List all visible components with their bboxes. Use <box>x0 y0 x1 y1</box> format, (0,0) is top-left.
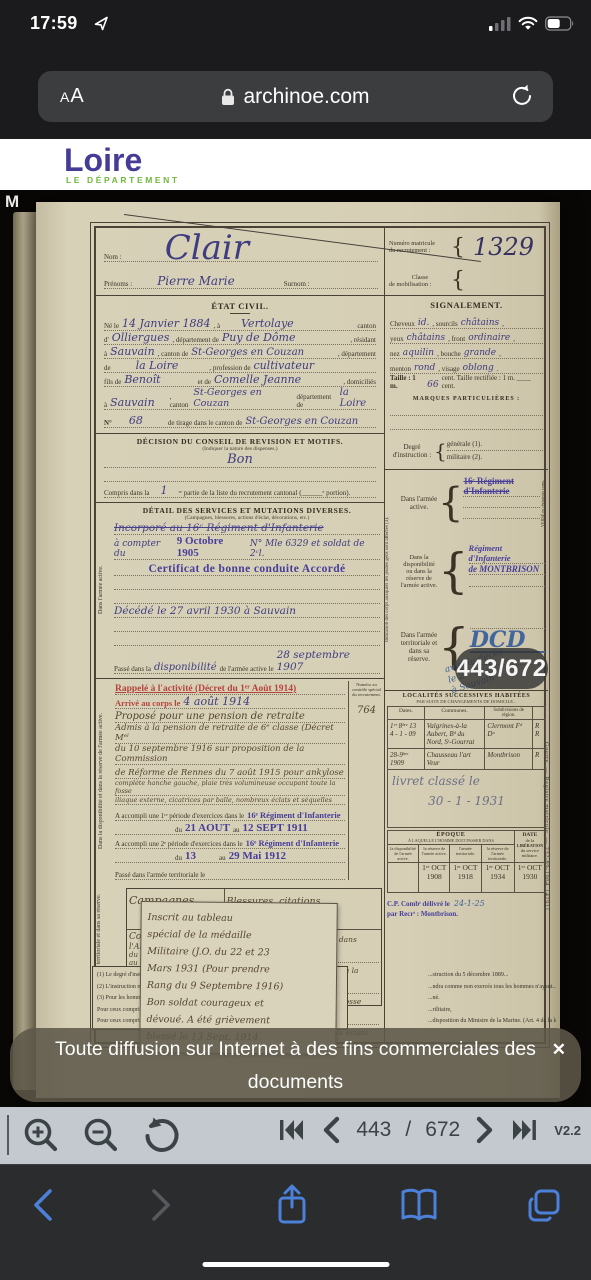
copyright-notice-toast: Toute diffusion sur Internet à des fins … <box>10 1028 581 1102</box>
tabs-icon[interactable] <box>524 1185 564 1225</box>
close-icon[interactable]: ✕ <box>552 1033 566 1066</box>
matricule-value: 1329 <box>473 233 534 261</box>
url-text: archinoe.com <box>243 85 369 109</box>
decision-title: DÉCISION DU CONSEIL DE REVISION ET MOTIF… <box>104 437 376 446</box>
next-page-button[interactable] <box>474 1116 496 1144</box>
background-menu-letter: M <box>5 192 19 212</box>
last-page-button[interactable] <box>510 1115 540 1145</box>
safari-bottom-bar <box>0 1164 591 1280</box>
prenoms-label: Prénoms : <box>104 280 132 288</box>
decision-value: Bon <box>227 452 253 467</box>
controle-special-header: Numéro au contrôle spécial du recrutemen… <box>350 682 383 697</box>
previous-page-button[interactable] <box>320 1116 342 1144</box>
page-number-input[interactable]: 443 <box>356 1118 391 1142</box>
document-viewer-canvas[interactable]: M Nom : Clair Numéro matricule <box>0 190 591 1107</box>
loire-logo[interactable]: Loire <box>64 142 142 179</box>
reader-text-size-button[interactable]: AAAA <box>60 85 85 108</box>
localites-row: 28-9ᵇʳᵉ 1909 Chausseau l'art Veur Montbr… <box>388 749 546 770</box>
location-services-icon <box>94 16 109 36</box>
zoom-in-button[interactable] <box>20 1115 62 1157</box>
cellular-signal-icon <box>489 16 511 31</box>
viewer-version: V2.2 <box>554 1123 581 1138</box>
first-page-button[interactable] <box>276 1115 306 1145</box>
zoom-out-button[interactable] <box>80 1115 122 1157</box>
iphone-screen: 17:59 AAAA <box>0 0 591 1280</box>
nom-label: Nom : <box>104 253 122 261</box>
corps-side-label: Indication des corps auxquels les jeunes… <box>385 472 397 686</box>
status-bar: 17:59 <box>0 0 591 54</box>
back-button[interactable] <box>30 1187 56 1223</box>
notice-line1: Toute diffusion sur Internet à des fins … <box>10 1033 581 1099</box>
classe-label: Classe <box>389 274 451 281</box>
reload-button[interactable] <box>509 83 535 109</box>
safari-top-chrome: AAAA archinoe.com <box>0 54 591 139</box>
page-separator: / <box>405 1118 411 1142</box>
armee-active-side-label: Dans l'armée active. <box>98 506 112 674</box>
corps-dispo-value2: de MONTBRISON <box>469 564 545 575</box>
corps-active-value: 16ᶜ Régiment d'Infanterie <box>463 476 540 497</box>
disponibilite-side-label: Dans la disponibilité et dans la réserve… <box>98 681 112 880</box>
address-bar[interactable]: AAAA archinoe.com <box>38 71 553 122</box>
bookmarks-icon[interactable] <box>398 1187 440 1223</box>
tls-lock-icon <box>221 88 235 106</box>
wifi-icon <box>518 16 538 31</box>
livret-note: livret classé le <box>392 774 541 788</box>
matricule-label: Numéro matricule <box>389 240 451 247</box>
corps-dispo-value1: Régiment d'Infanterie <box>469 543 545 564</box>
localites-row: 1ᵉʳ 8ᵇʳᵉ 13 4 - 1 - 09 Valgrines-à-la Au… <box>388 720 546 749</box>
viewer-toolbar: 443 / 672 V2.2 <box>0 1107 591 1164</box>
signalement-title: SIGNALEMENT. <box>390 300 543 310</box>
clock: 17:59 <box>30 13 78 34</box>
rappele-stamp: Rappelé à l'activité (Décret du 1ᵉʳ Août… <box>115 684 296 694</box>
nom-value: Clair <box>165 235 249 261</box>
loire-logo-subtitle: LE DÉPARTEMENT <box>66 175 180 185</box>
page-total: 672 <box>425 1118 460 1142</box>
footnote-fragments: ...struction du 5 décembre 1889... ...nd… <box>428 970 556 1028</box>
rotate-button[interactable] <box>140 1115 182 1157</box>
book-binding-edge <box>13 212 38 1090</box>
prenoms-value: Pierre Marie <box>157 274 235 288</box>
battery-icon <box>545 16 575 31</box>
deces-note: Décédé le 27 avril 1930 à Sauvain <box>114 605 296 617</box>
services-title: DÉTAIL DES SERVICES ET MUTATIONS DIVERSE… <box>114 506 380 515</box>
surnom-label: Surnom : <box>284 280 310 288</box>
site-header: Loire LE DÉPARTEMENT <box>0 139 591 190</box>
forward-button[interactable] <box>148 1187 174 1223</box>
share-icon[interactable] <box>272 1183 312 1227</box>
bonne-conduite-stamp: Certificat de bonne conduite Accordé <box>148 563 345 575</box>
epoque-table: ÉPOQUE À LAQUELLE L'HOMME DOIT PASSER DA… <box>387 830 546 893</box>
controle-special-number: 764 <box>350 705 383 716</box>
page-counter-badge: 443/672 <box>455 648 548 689</box>
home-indicator[interactable] <box>202 1262 389 1267</box>
etat-civil-title: ÉTAT CIVIL. <box>104 301 376 311</box>
